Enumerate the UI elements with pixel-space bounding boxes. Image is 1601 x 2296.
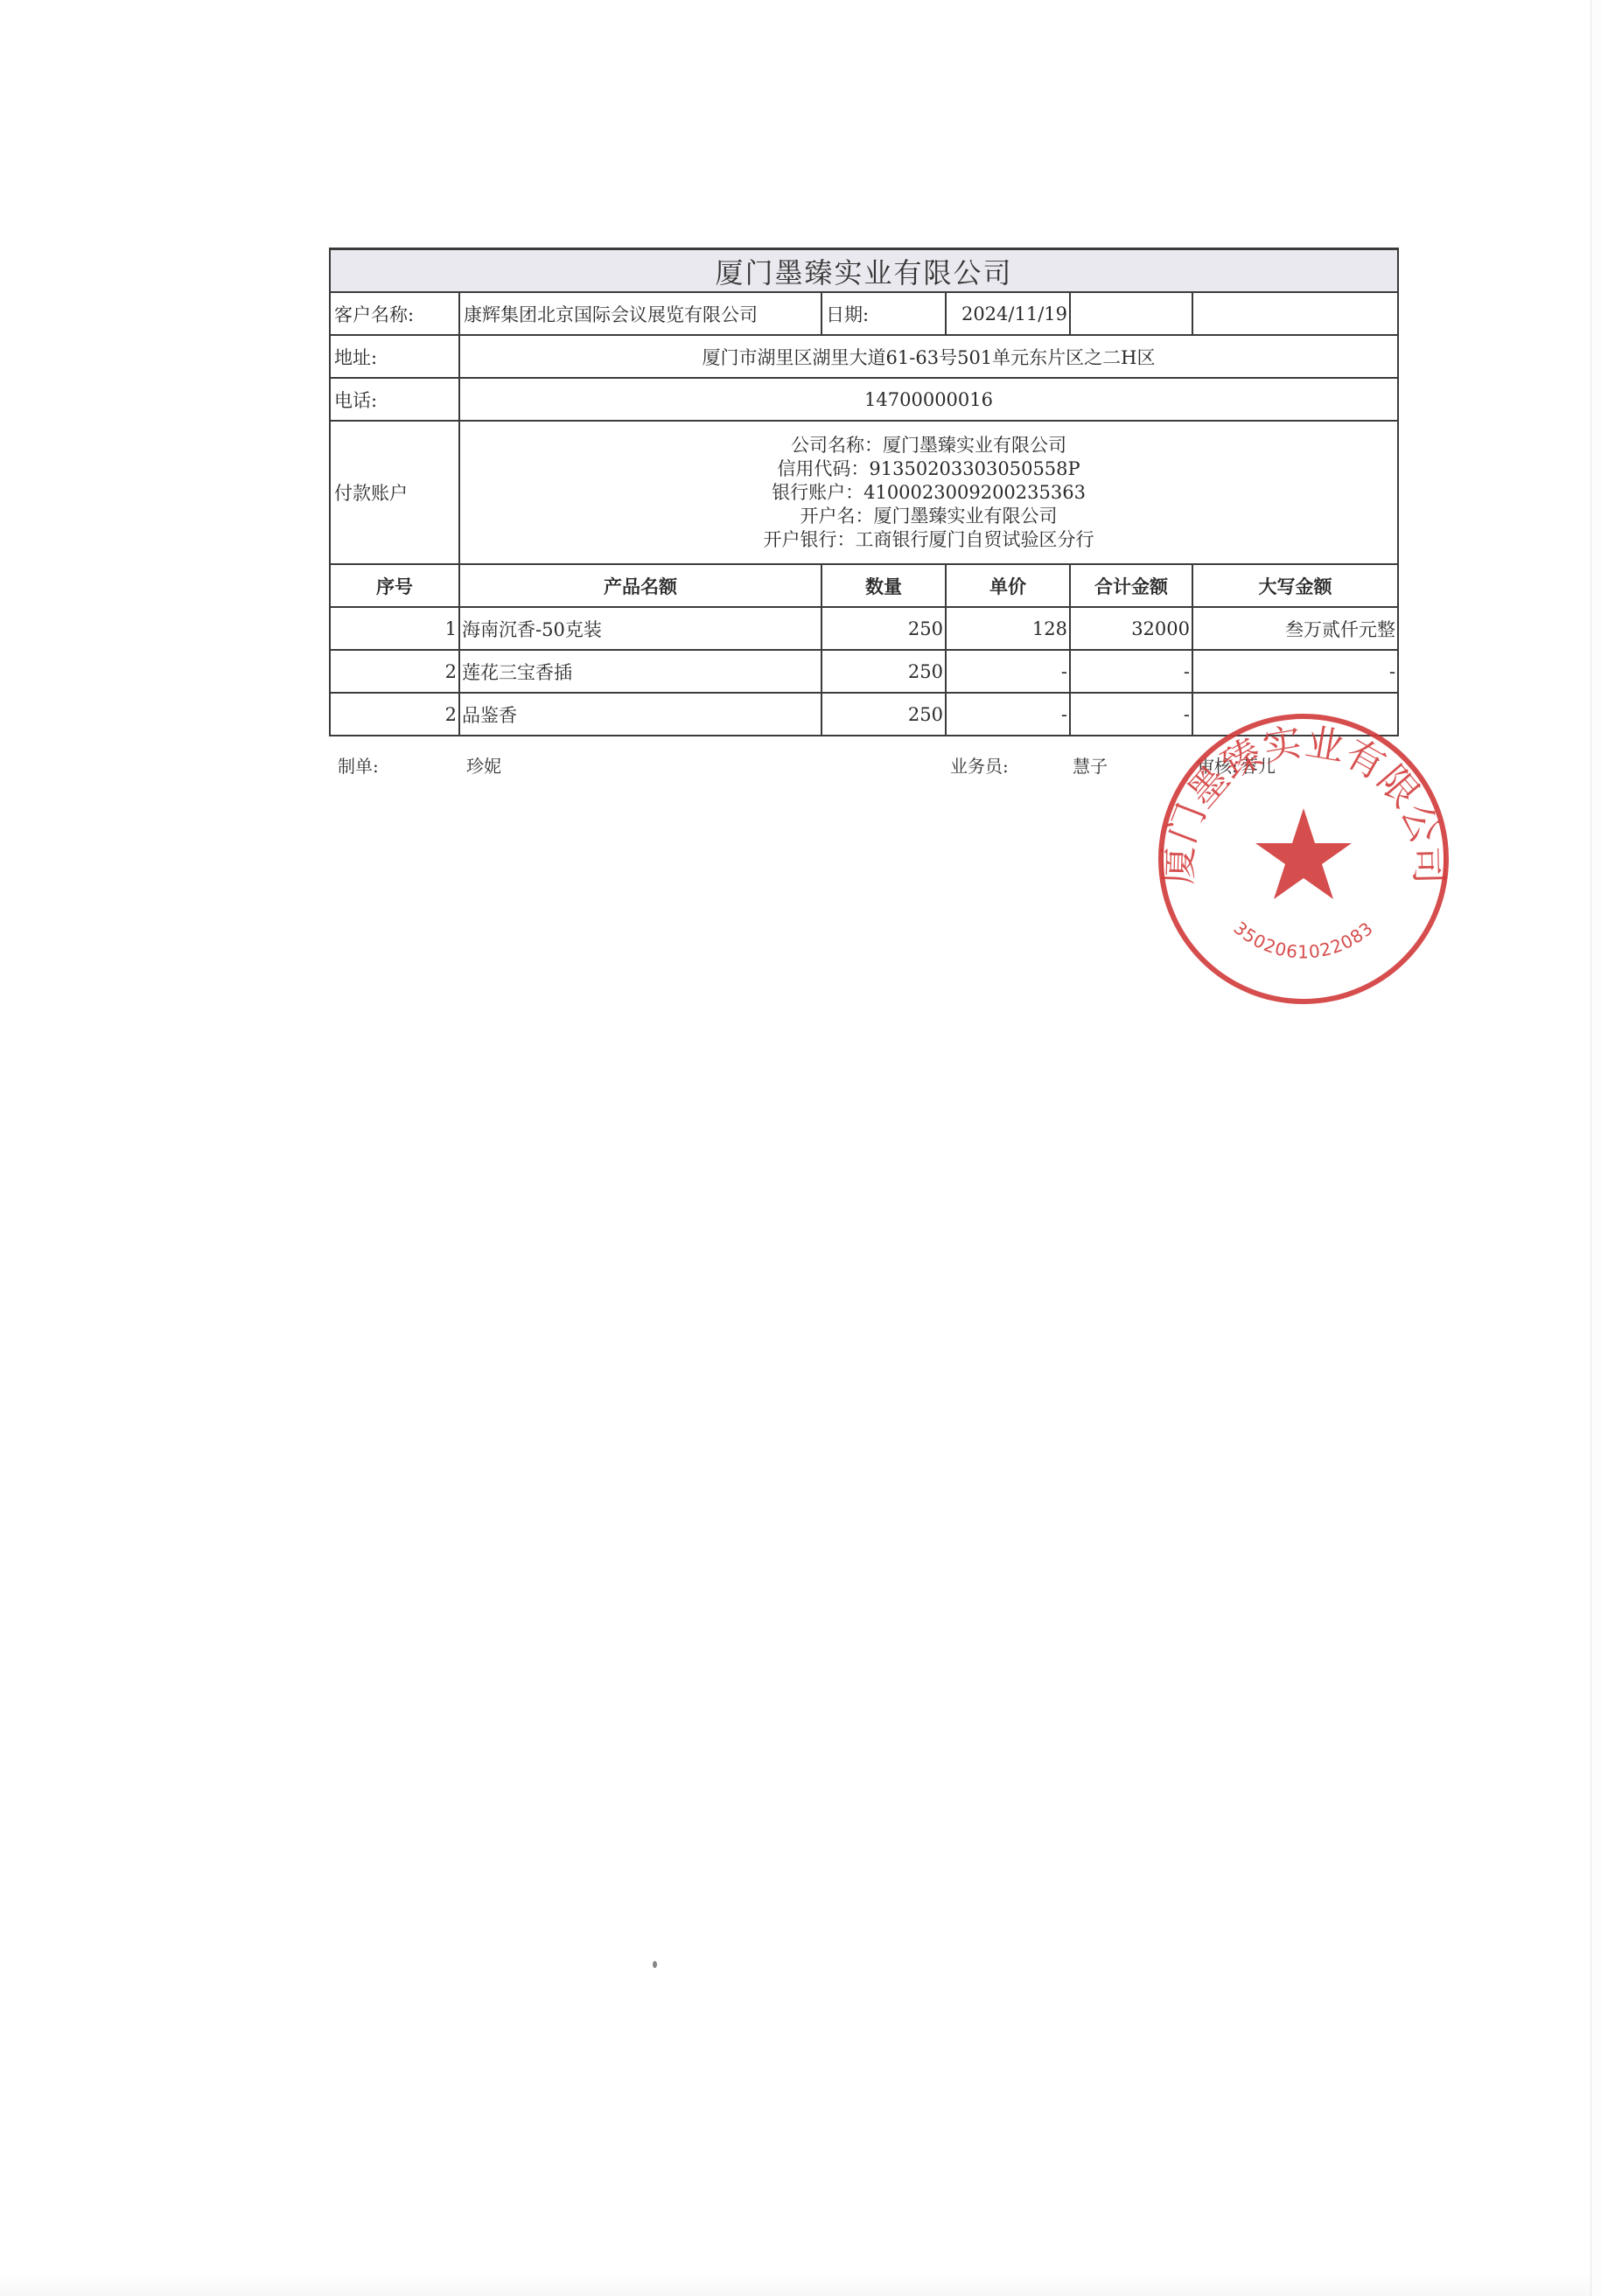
address-value: 厦门市湖里区湖里大道61-63号501单元东片区之二H区 bbox=[459, 335, 1398, 378]
item-qty: 250 bbox=[821, 693, 946, 736]
item-product: 莲花三宝香插 bbox=[459, 650, 821, 693]
table-row: 2 品鉴香 250 - - bbox=[330, 693, 1398, 736]
address-label: 地址: bbox=[330, 335, 459, 378]
payment-bank-branch: 开户银行：工商银行厦门自贸试验区分行 bbox=[464, 528, 1394, 552]
payment-account-name: 开户名：厦门墨臻实业有限公司 bbox=[464, 505, 1394, 528]
prepared-by-name: 珍妮 bbox=[466, 752, 501, 778]
payment-account-label: 付款账户 bbox=[330, 421, 459, 564]
payment-credit-code: 信用代码：91350203303050558P bbox=[464, 457, 1394, 481]
item-product: 海南沉香-50克装 bbox=[459, 607, 821, 650]
payment-bank-account: 银行账户：4100023009200235363 bbox=[464, 481, 1394, 505]
payment-company-name: 公司名称：厦门墨臻实业有限公司 bbox=[464, 434, 1394, 457]
item-price: - bbox=[946, 693, 1070, 736]
header-product: 产品名额 bbox=[459, 564, 821, 607]
item-total-cn: - bbox=[1192, 650, 1398, 693]
sales-order-table: 厦门墨臻实业有限公司 客户名称: 康辉集团北京国际会议展览有限公司 日期: 20… bbox=[329, 248, 1399, 736]
date-value: 2024/11/19 bbox=[946, 292, 1070, 335]
item-no: 2 bbox=[330, 650, 459, 693]
item-total-cn: 叁万贰仟元整 bbox=[1192, 607, 1398, 650]
table-row: 1 海南沉香-50克装 250 128 32000 叁万贰仟元整 bbox=[330, 607, 1398, 650]
reviewer-label: 审核: bbox=[1197, 752, 1238, 778]
phone-label: 电话: bbox=[330, 378, 459, 421]
table-row: 2 莲花三宝香插 250 - - - bbox=[330, 650, 1398, 693]
payment-account-details: 公司名称：厦门墨臻实业有限公司 信用代码：91350203303050558P … bbox=[459, 421, 1398, 564]
item-qty: 250 bbox=[821, 607, 946, 650]
page-edge bbox=[0, 2274, 1591, 2296]
company-title: 厦门墨臻实业有限公司 bbox=[330, 249, 1398, 293]
phone-value: 14700000016 bbox=[459, 378, 1398, 421]
header-qty: 数量 bbox=[821, 564, 946, 607]
item-no: 1 bbox=[330, 607, 459, 650]
salesperson-name: 慧子 bbox=[1073, 752, 1108, 778]
empty-cell bbox=[1192, 292, 1398, 335]
item-product: 品鉴香 bbox=[459, 693, 821, 736]
item-total: 32000 bbox=[1070, 607, 1192, 650]
item-price: 128 bbox=[946, 607, 1070, 650]
item-total: - bbox=[1070, 693, 1192, 736]
item-qty: 250 bbox=[821, 650, 946, 693]
customer-name: 康辉集团北京国际会议展览有限公司 bbox=[459, 292, 821, 335]
header-total: 合计金额 bbox=[1070, 564, 1192, 607]
paper-speck bbox=[653, 1961, 657, 1968]
item-price: - bbox=[946, 650, 1070, 693]
item-total: - bbox=[1070, 650, 1192, 693]
prepared-by-label: 制单: bbox=[338, 752, 379, 778]
reviewer-name: 蓉儿 bbox=[1241, 752, 1276, 778]
header-total-cn: 大写金额 bbox=[1192, 564, 1398, 607]
customer-label: 客户名称: bbox=[330, 292, 459, 335]
header-no: 序号 bbox=[330, 564, 459, 607]
date-label: 日期: bbox=[821, 292, 946, 335]
salesperson-label: 业务员: bbox=[950, 752, 1009, 778]
header-price: 单价 bbox=[946, 564, 1070, 607]
item-no: 2 bbox=[330, 693, 459, 736]
empty-cell bbox=[1070, 292, 1192, 335]
item-total-cn bbox=[1192, 693, 1398, 736]
